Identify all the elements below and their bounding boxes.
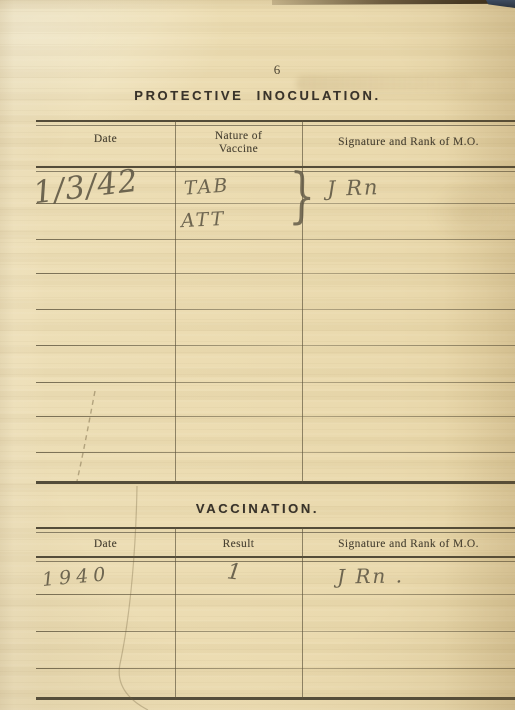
- row-line: [36, 239, 515, 240]
- column-divider: [175, 120, 176, 484]
- cover-corner: [486, 0, 515, 8]
- column-header-nature-line2: Vaccine: [175, 143, 302, 156]
- inoculation-title: PROTECTIVE INOCULATION.: [0, 88, 515, 103]
- row-line: [36, 416, 515, 417]
- handwritten-vaccine-tab: TAB: [183, 174, 230, 199]
- handwritten-vaccination-result: 1: [226, 559, 243, 586]
- pencil-stroke-marks: [0, 0, 515, 710]
- column-divider: [302, 527, 303, 700]
- table-rule-top: [36, 527, 515, 533]
- row-line: [36, 668, 515, 669]
- header-rule: [36, 556, 515, 562]
- bleed-through-smudge: [428, 182, 508, 244]
- row-line: [36, 382, 515, 383]
- page-number: 6: [255, 62, 299, 78]
- row-line: [36, 345, 515, 346]
- handwritten-brace: }: [288, 160, 316, 231]
- column-header-nature-line1: Nature of: [175, 130, 302, 143]
- record-book-page: 6 PROTECTIVE INOCULATION. Date Nature of…: [0, 0, 515, 710]
- handwritten-vaccination-date: 1940: [41, 563, 111, 591]
- column-header-signature: Signature and Rank of M.O.: [302, 136, 515, 149]
- table-rule-bottom: [36, 697, 515, 700]
- column-header-signature: Signature and Rank of M.O.: [302, 538, 515, 551]
- column-header-result: Result: [175, 538, 302, 551]
- row-line: [36, 203, 515, 204]
- handwritten-mo-signature: J Rn: [327, 175, 380, 201]
- column-divider: [175, 527, 176, 700]
- table-rule-top: [36, 120, 515, 126]
- row-line: [36, 631, 515, 632]
- row-line: [36, 452, 515, 453]
- row-line: [36, 594, 515, 595]
- column-header-date: Date: [36, 538, 175, 551]
- column-header-date: Date: [36, 133, 175, 146]
- table-rule-bottom: [36, 481, 515, 484]
- handwritten-vaccine-att: ATT: [180, 208, 225, 232]
- cover-edge: [272, 0, 515, 5]
- row-line: [36, 309, 515, 310]
- handwritten-mo-signature: J Rn .: [337, 563, 404, 588]
- vaccination-title: VACCINATION.: [0, 501, 515, 516]
- row-line: [36, 273, 515, 274]
- column-header-nature: Nature of Vaccine: [175, 130, 302, 155]
